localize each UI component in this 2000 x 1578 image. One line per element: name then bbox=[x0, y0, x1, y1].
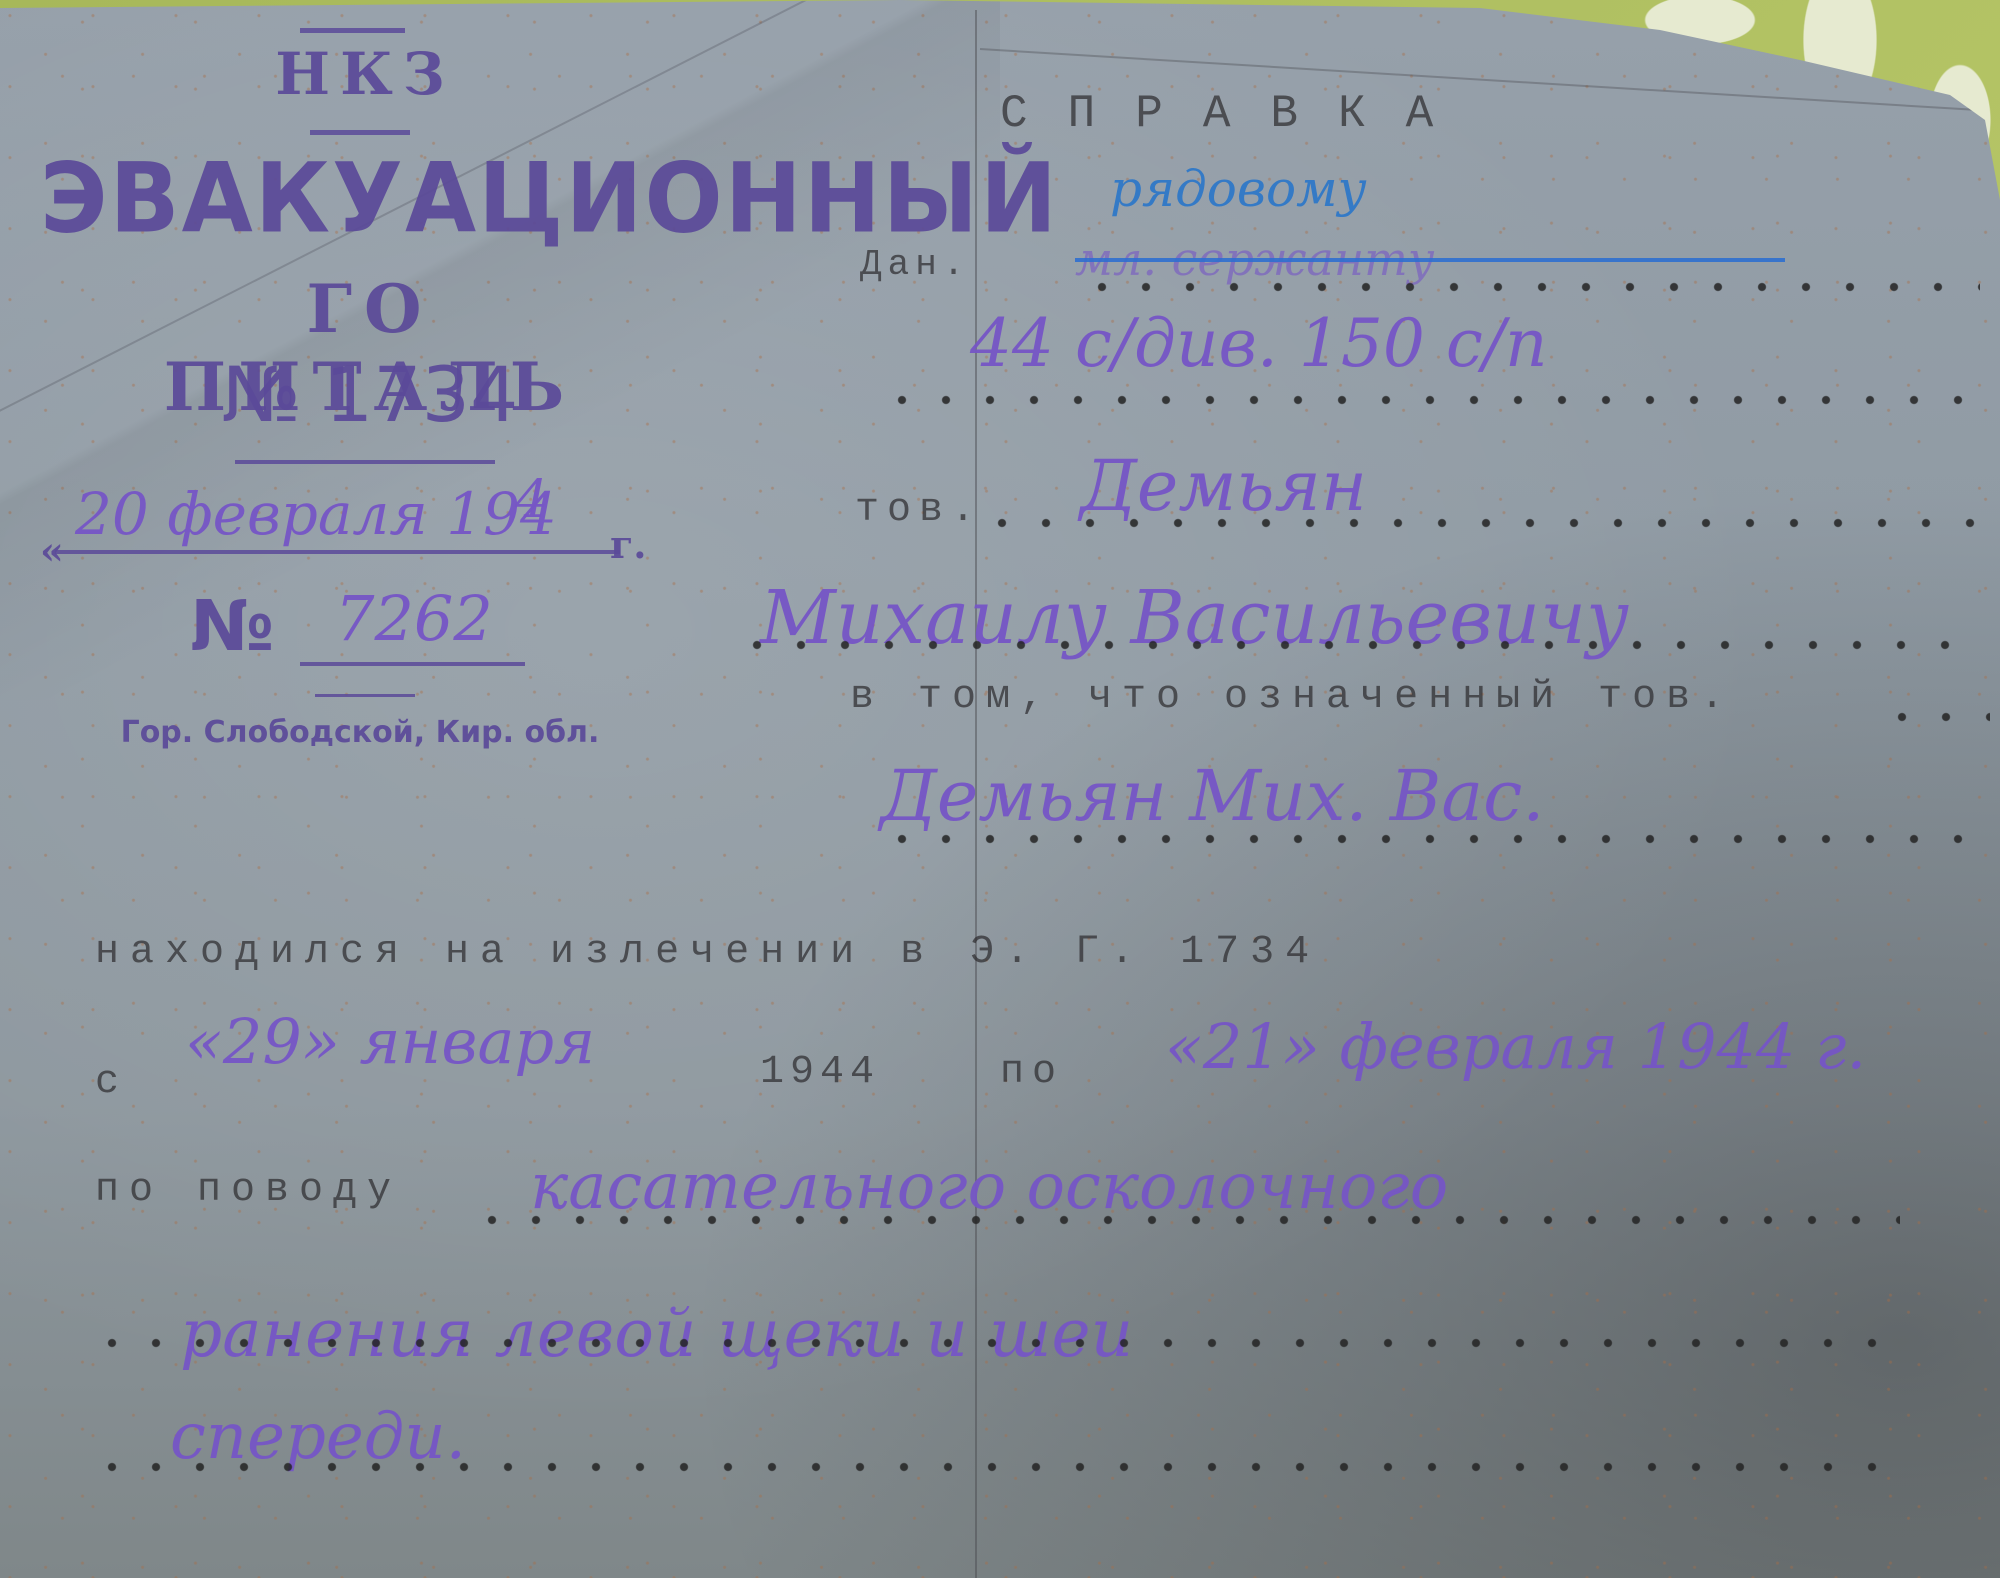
stamp-city: Гор. Слободской, Кир. обл. bbox=[60, 715, 660, 750]
stamp-outgoing-underline bbox=[300, 662, 525, 666]
short-name-value: Демьян Мих. Вас. bbox=[880, 755, 1545, 837]
stamp-outgoing-no-value: 7262 bbox=[335, 582, 493, 655]
stamp-rule-date bbox=[235, 460, 495, 464]
dotted-line-rank bbox=[1080, 282, 1980, 292]
from-date-value: «29» января bbox=[185, 1005, 595, 1078]
dotted-line-reason-3 bbox=[90, 1462, 1900, 1472]
stamp-date-suffix: г. bbox=[610, 522, 647, 567]
dotted-line-reason-1 bbox=[470, 1215, 1900, 1225]
stamp-rule-mid bbox=[310, 130, 410, 135]
stay-text: находился на излечении в Э. Г. 1734 bbox=[95, 930, 1320, 975]
from-year: 1944 bbox=[760, 1050, 880, 1095]
stamp-org: НКЗ bbox=[215, 40, 515, 108]
from-prefix: с bbox=[95, 1060, 131, 1105]
stamp-rule-top bbox=[300, 28, 405, 33]
stamp-date-underline bbox=[55, 550, 620, 554]
stamp-date-handwritten: 20 февраля 194 bbox=[75, 480, 557, 548]
stamp-date-year-digit: 4 bbox=[515, 470, 548, 530]
reason-label: по поводу bbox=[95, 1168, 401, 1213]
unit-value: 44 с/див. 150 с/п bbox=[970, 305, 1548, 382]
dotted-line-short-name bbox=[880, 834, 1980, 844]
dotted-line-name bbox=[735, 640, 1980, 650]
to-prefix: по bbox=[1000, 1050, 1064, 1095]
certify-text: в том, что означенный тов. bbox=[850, 675, 1734, 720]
reason-line-1: касательного осколочного bbox=[530, 1150, 1448, 1224]
surname-value: Демьян bbox=[1080, 445, 1367, 527]
form-title: СПРАВКА bbox=[1000, 88, 1473, 140]
rank-correction: рядовому bbox=[1110, 160, 1367, 218]
certificate-paper: НКЗ ЭВАКУАЦИОННЫЙ ГО ПИТАЛЬ № 1734 « 20 … bbox=[0, 0, 2000, 1578]
dotted-line-reason-2 bbox=[90, 1338, 1900, 1348]
stamp-line-evacuation: ЭВАКУАЦИОННЫЙ bbox=[40, 142, 680, 254]
to-date-value: «21» февраля 1944 г. bbox=[1165, 1010, 1866, 1083]
stamp-hospital-number: № 1734 bbox=[180, 350, 560, 439]
stamp-outgoing-no-label: № bbox=[190, 585, 274, 667]
dotted-line-unit bbox=[880, 395, 1980, 405]
stamp-rule-bottom bbox=[315, 694, 415, 697]
rank-label: Дан. bbox=[860, 244, 970, 285]
rank-strikethrough bbox=[1075, 258, 1785, 262]
to-label: тов. bbox=[855, 488, 983, 533]
dotted-line-certify bbox=[1880, 712, 1990, 722]
dotted-line-surname bbox=[980, 518, 1980, 528]
reason-line-2: ранения левой щеки и шеи bbox=[180, 1295, 1133, 1372]
